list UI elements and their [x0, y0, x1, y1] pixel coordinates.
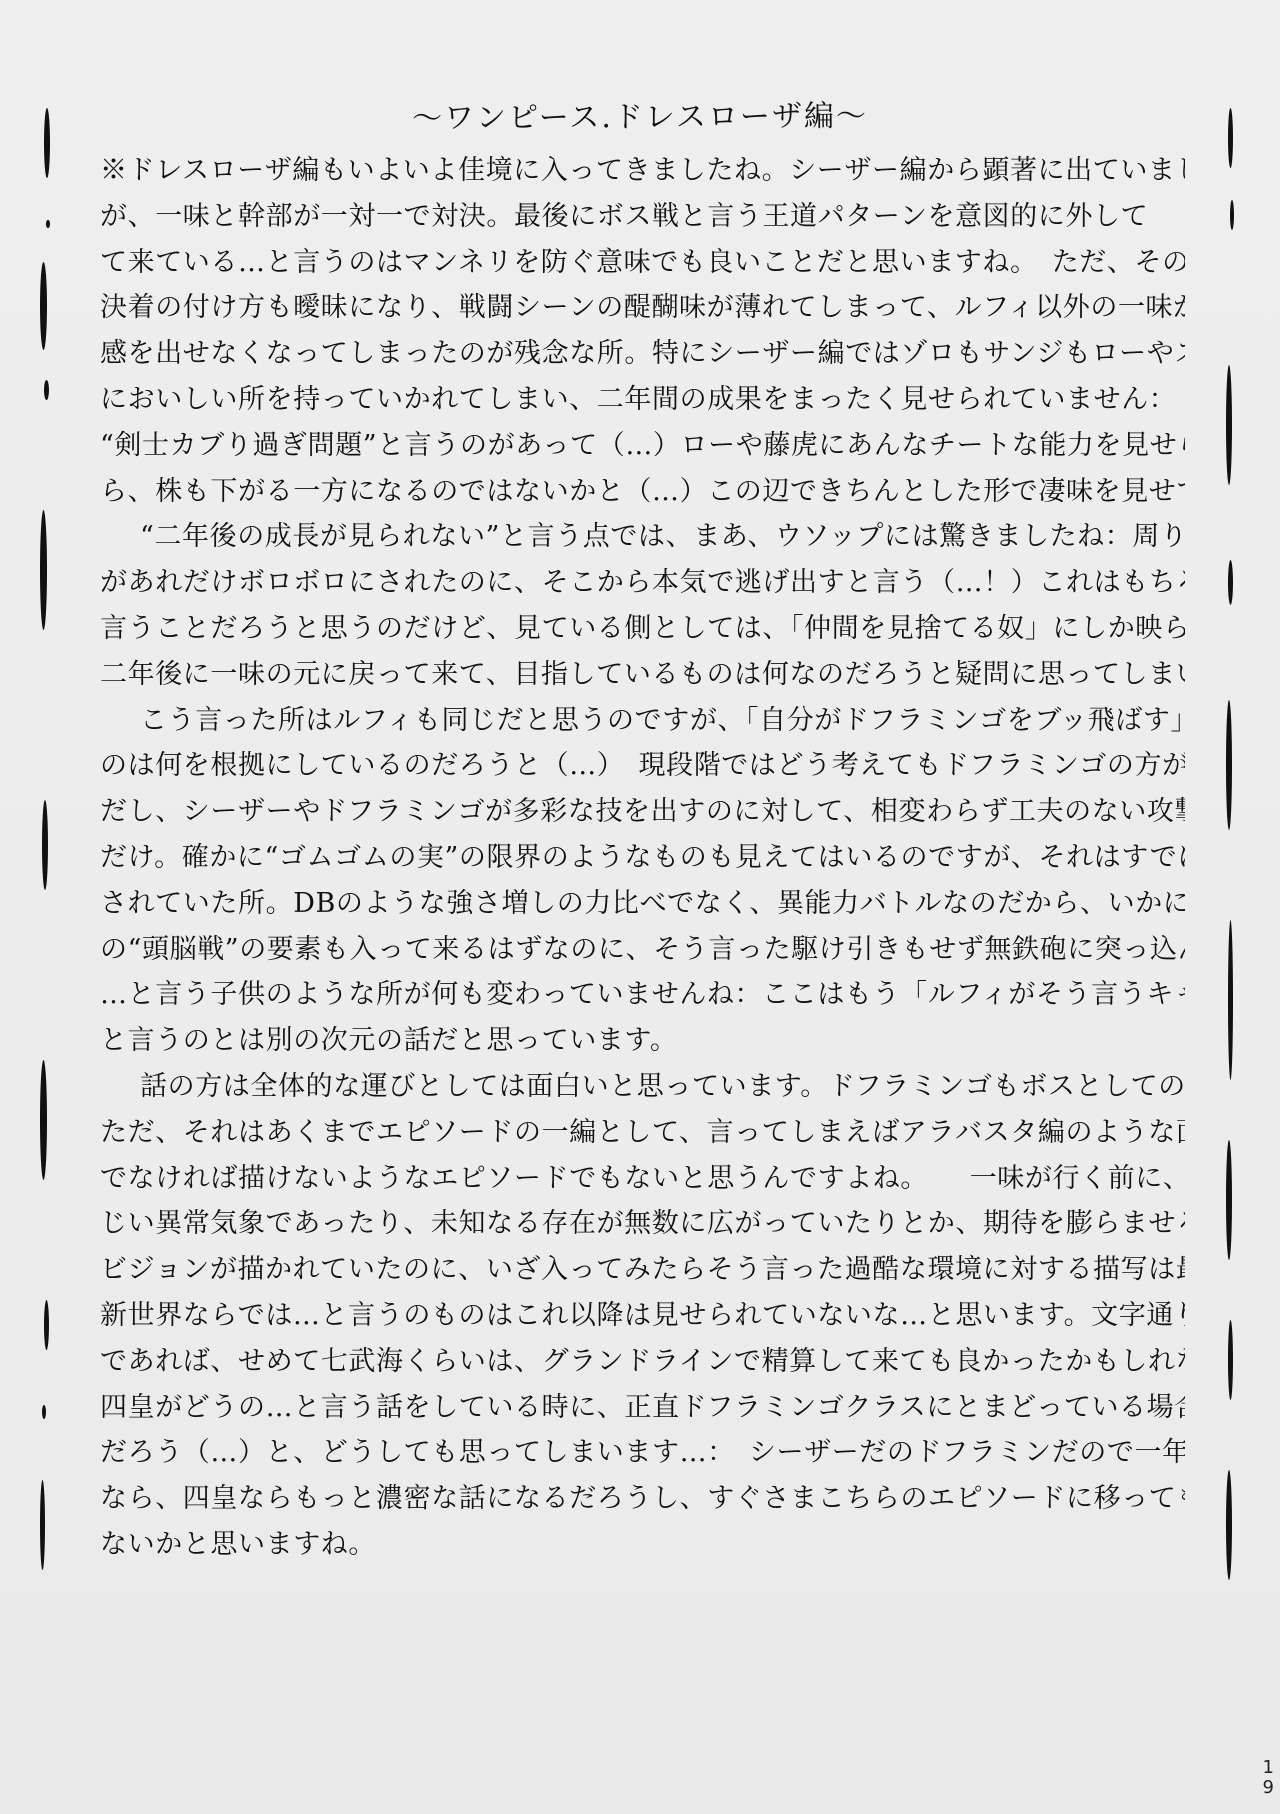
page-number-digit: 1 — [1263, 1758, 1274, 1778]
text-line: こう言った所はルフィも同じだと思うのですが、「自分がドフラミンゴをブッ飛ばす」っ… — [100, 698, 1185, 744]
text-line: て来ている…と言うのはマンネリを防ぐ意味でも良いことだと思いますね。 ただ、その… — [100, 240, 1185, 286]
text-line: だけ。確かに“ゴムゴムの実”の限界のようなものも見えてはいるのですが、それはすで… — [100, 835, 1185, 881]
handwritten-commentary: ※ドレスローザ編もいよいよ佳境に入ってきましたね。シーザー編から顕著に出ていまし… — [100, 148, 1185, 1568]
text-line: ら、株も下がる一方になるのではないかと（…）この辺できちんとした形で凄味を見せて… — [100, 469, 1185, 515]
text-line: ※ドレスローザ編もいよいよ佳境に入ってきましたね。シーザー編から顕著に出ていまし… — [100, 148, 1185, 194]
margin-stroke-left-3 — [40, 262, 47, 350]
text-line: …と言う子供のような所が何も変わっていませんね：ここはもう「ルフィがそう言うキャ… — [100, 972, 1185, 1018]
scanned-page: ～ワンピース.ドレスローザ編～ ※ドレスローザ編もいよいよ佳境に入ってきましたね… — [0, 0, 1280, 1814]
text-line: が、一味と幹部が一対一で対決。最後にボス戦と言う王道パターンを意図的に外して — [100, 194, 1185, 240]
text-line: 話の方は全体的な運びとしては面白いと思っています。ドフラミンゴもボスとしての風格… — [100, 1064, 1185, 1110]
text-line: 言うことだろうと思うのだけど、見ている側としては、「仲間を見捨てる奴」にしか映ら… — [100, 606, 1185, 652]
page-number-digit: 9 — [1263, 1778, 1274, 1798]
text-line: だし、シーザーやドフラミンゴが多彩な技を出すのに対して、相変わらず工夫のない攻撃… — [100, 789, 1185, 835]
margin-stroke-right-2 — [1230, 200, 1234, 230]
margin-stroke-right-4 — [1228, 560, 1233, 605]
margin-stroke-right-8 — [1228, 1320, 1233, 1400]
text-line: ないかと思いますね。 — [100, 1522, 1185, 1568]
text-line: であれば、せめて七武海くらいは、グランドラインで精算して来ても良かったかもしれな… — [100, 1339, 1185, 1385]
margin-stroke-right-7 — [1226, 1140, 1232, 1260]
text-line: と言うのとは別の次元の話だと思っています。 — [100, 1018, 1185, 1064]
margin-stroke-left-7 — [40, 1060, 47, 1180]
text-line: “二年後の成長が見られない”と言う点では、まあ、ウソップには驚きましたね：周りの… — [100, 514, 1185, 560]
page-title: ～ワンピース.ドレスローザ編～ — [0, 89, 1280, 140]
text-line: があれだけボロボロにされたのに、そこから本気で逃げ出すと言う（…！）これはもちろ… — [100, 560, 1185, 606]
margin-stroke-left-8 — [44, 1300, 49, 1350]
margin-stroke-left-2 — [46, 220, 50, 228]
text-line: の“頭脳戦”の要素も入って来るはずなのに、そう言った駆け引きもせず無鉄砲に突っ込… — [100, 927, 1185, 973]
text-line: ただ、それはあくまでエピソードの一編として、言ってしまえばアラバスタ編のような面… — [100, 1110, 1185, 1156]
text-line: でなければ描けないようなエピソードでもないと思うんですよね。 一味が行く前に、す… — [100, 1156, 1185, 1202]
text-line: じい異常気象であったり、未知なる存在が無数に広がっていたりとか、期待を膨らませる… — [100, 1201, 1185, 1247]
margin-stroke-left-4 — [44, 380, 49, 400]
text-line: だろう（…）と、どうしても思ってしまいます…： シーザーだのドフラミンだので一年… — [100, 1430, 1185, 1476]
text-line: なら、四皇ならもっと濃密な話になるだろうし、すぐさまこちらのエピソードに移っても… — [100, 1476, 1185, 1522]
margin-stroke-left-9 — [42, 1405, 46, 1419]
margin-stroke-left-6 — [42, 800, 48, 890]
margin-stroke-left-10 — [40, 1480, 45, 1570]
text-line: 決着の付け方も曖昧になり、戦闘シーンの醍醐味が薄れてしまって、ルフィ以外の一味が… — [100, 285, 1185, 331]
text-line: 二年後に一味の元に戻って来て、目指しているものは何なのだろうと疑問に思ってしまい… — [100, 652, 1185, 698]
text-line: 新世界ならでは…と言うのものはこれ以降は見せられていないな…と思います。文字通り… — [100, 1293, 1185, 1339]
margin-stroke-right-6 — [1228, 920, 1233, 1080]
text-line: のは何を根拠にしているのだろうと（…） 現段階ではどう考えてもドフラミンゴの方が… — [100, 743, 1185, 789]
text-line: “剣士カブり過ぎ問題”と言うのがあって（…）ローや藤虎にあんなチートな能力を見せ… — [100, 423, 1185, 469]
margin-stroke-right-3 — [1226, 365, 1232, 485]
text-line: ビジョンが描かれていたのに、いざ入ってみたらそう言った過酷な環境に対する描写は最… — [100, 1247, 1185, 1293]
text-line: されていた所。DBのような強さ増しの力比べでなく、異能力バトルなのだから、いかに… — [100, 881, 1185, 927]
margin-stroke-left-5 — [40, 510, 47, 630]
margin-stroke-right-9 — [1226, 1470, 1232, 1580]
text-line: 感を出せなくなってしまったのが残念な所。特にシーザー編ではゾロもサンジもローやス… — [100, 331, 1185, 377]
text-line: 四皇がどうの…と言う話をしている時に、正直ドフラミンゴクラスにとまどっている場合… — [100, 1385, 1185, 1431]
margin-stroke-right-5 — [1226, 700, 1232, 830]
page-number: 1 9 — [1263, 1758, 1274, 1798]
text-line: においしい所を持っていかれてしまい、二年間の成果をまったく見せられていません： … — [100, 377, 1185, 423]
